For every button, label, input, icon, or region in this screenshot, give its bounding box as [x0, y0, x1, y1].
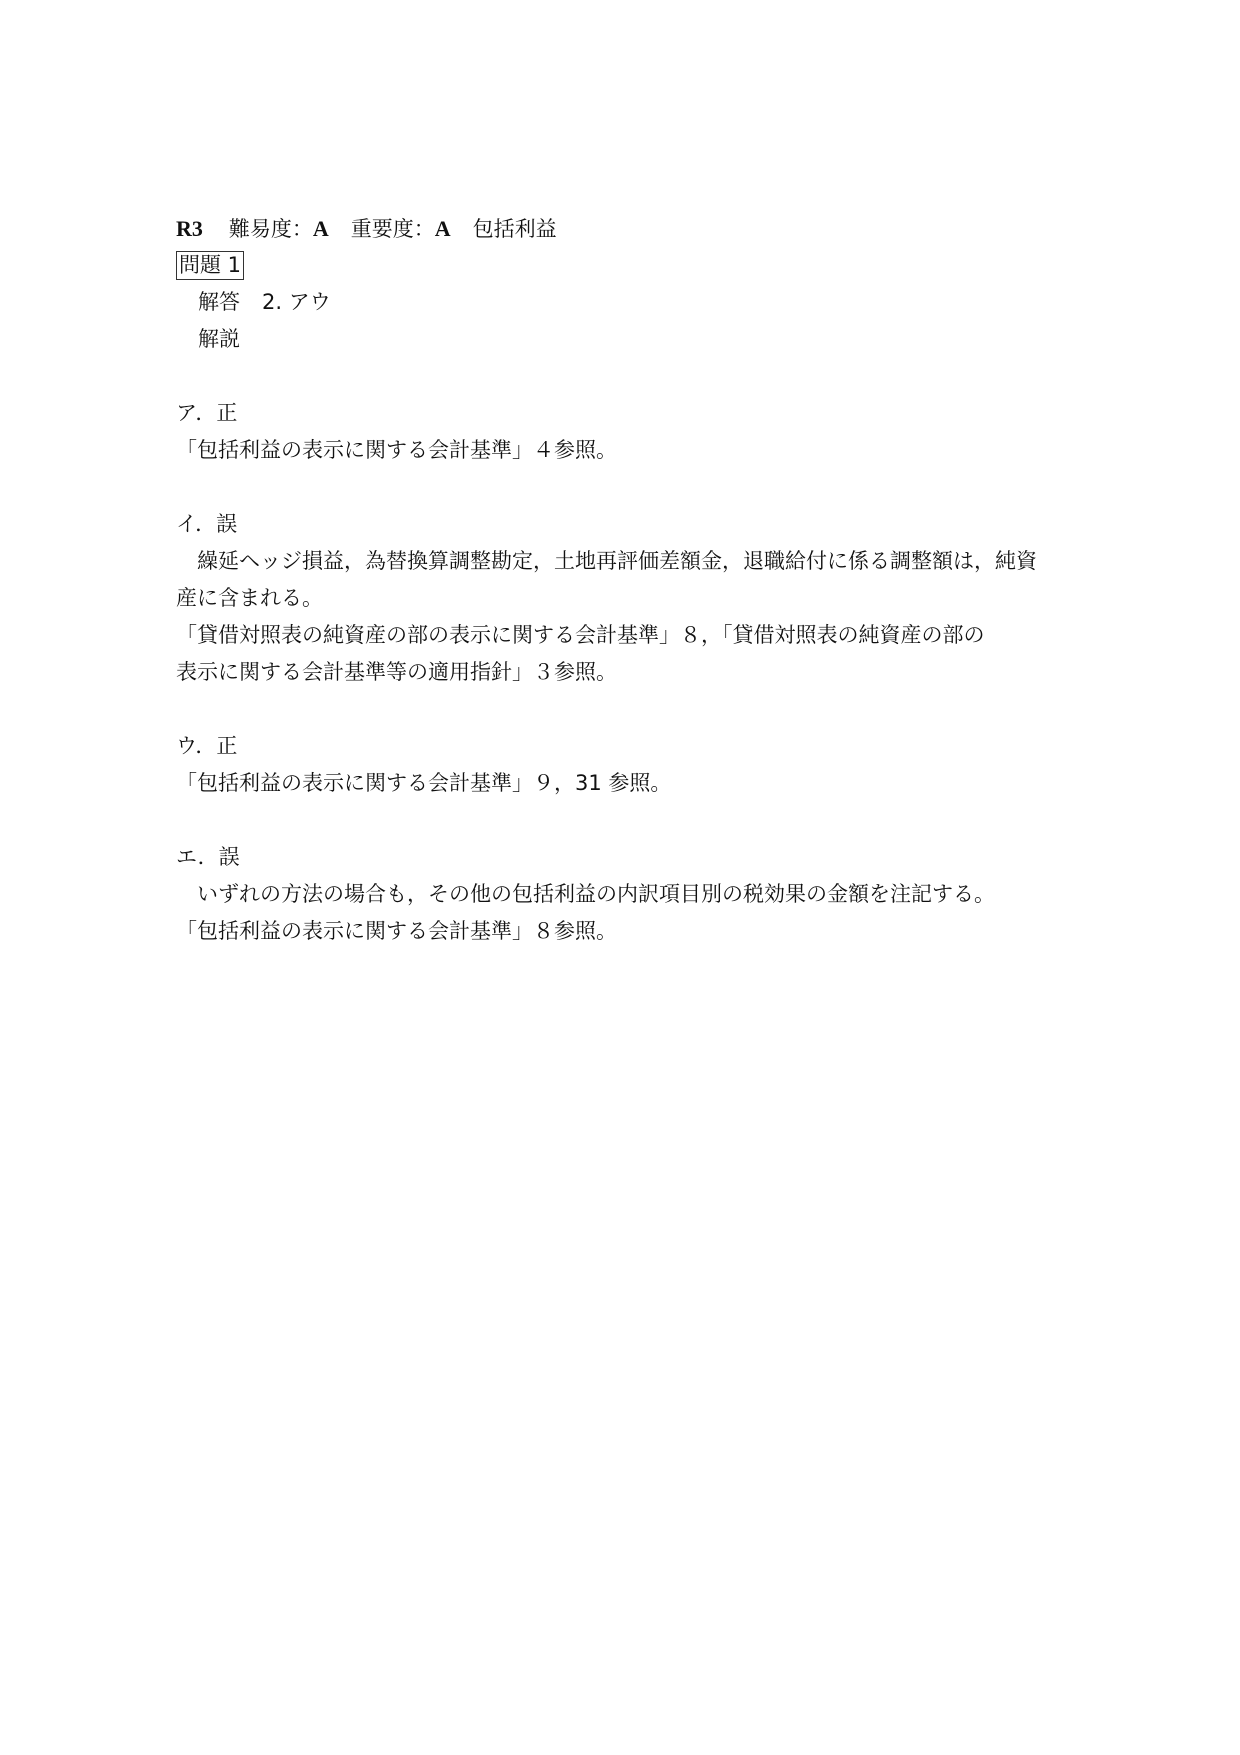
- header-line: R3難易度：A重要度：A包括利益: [176, 210, 1076, 247]
- item-i-line-1: 繰延ヘッジ損益，為替換算調整勘定，土地再評価差額金，退職給付に係る調整額は，純資: [176, 543, 1076, 580]
- answer-line: 解答2. アウ: [176, 284, 1076, 321]
- item-i-heading: イ．誤: [176, 506, 1076, 543]
- answer-label: 解答: [198, 290, 240, 314]
- item-a-line-1: 「包括利益の表示に関する会計基準」４参照。: [176, 432, 1076, 469]
- document-page: R3難易度：A重要度：A包括利益 問題 1 解答2. アウ 解説 ア．正 「包括…: [176, 210, 1076, 950]
- item-i-line-2: 産に含まれる。: [176, 580, 1076, 617]
- answer-value: 2. アウ: [262, 290, 331, 314]
- item-e-line-2: 「包括利益の表示に関する会計基準」８参照。: [176, 913, 1076, 950]
- item-a-heading: ア．正: [176, 395, 1076, 432]
- importance-label: 重要度：: [351, 217, 435, 241]
- question-line: 問題 1: [176, 247, 1076, 284]
- importance-value: A: [435, 216, 451, 241]
- difficulty-value: A: [313, 216, 329, 241]
- topic: 包括利益: [473, 217, 557, 241]
- difficulty-label: 難易度：: [229, 217, 313, 241]
- explanation-label: 解説: [176, 321, 1076, 358]
- item-e-line-1: いずれの方法の場合も，その他の包括利益の内訳項目別の税効果の金額を注記する。: [176, 876, 1076, 913]
- item-u-line-1: 「包括利益の表示に関する会計基準」９，31 参照。: [176, 765, 1076, 802]
- spacer: [176, 358, 1076, 395]
- spacer: [176, 802, 1076, 839]
- item-i-line-4: 表示に関する会計基準等の適用指針」３参照。: [176, 654, 1076, 691]
- item-i-line-3: 「貸借対照表の純資産の部の表示に関する会計基準」８，「貸借対照表の純資産の部の: [176, 617, 1076, 654]
- spacer: [176, 691, 1076, 728]
- item-u-heading: ウ．正: [176, 728, 1076, 765]
- spacer: [176, 469, 1076, 506]
- item-e-heading: エ．誤: [176, 839, 1076, 876]
- question-label: 問題 1: [176, 251, 244, 280]
- exam-code: R3: [176, 216, 203, 241]
